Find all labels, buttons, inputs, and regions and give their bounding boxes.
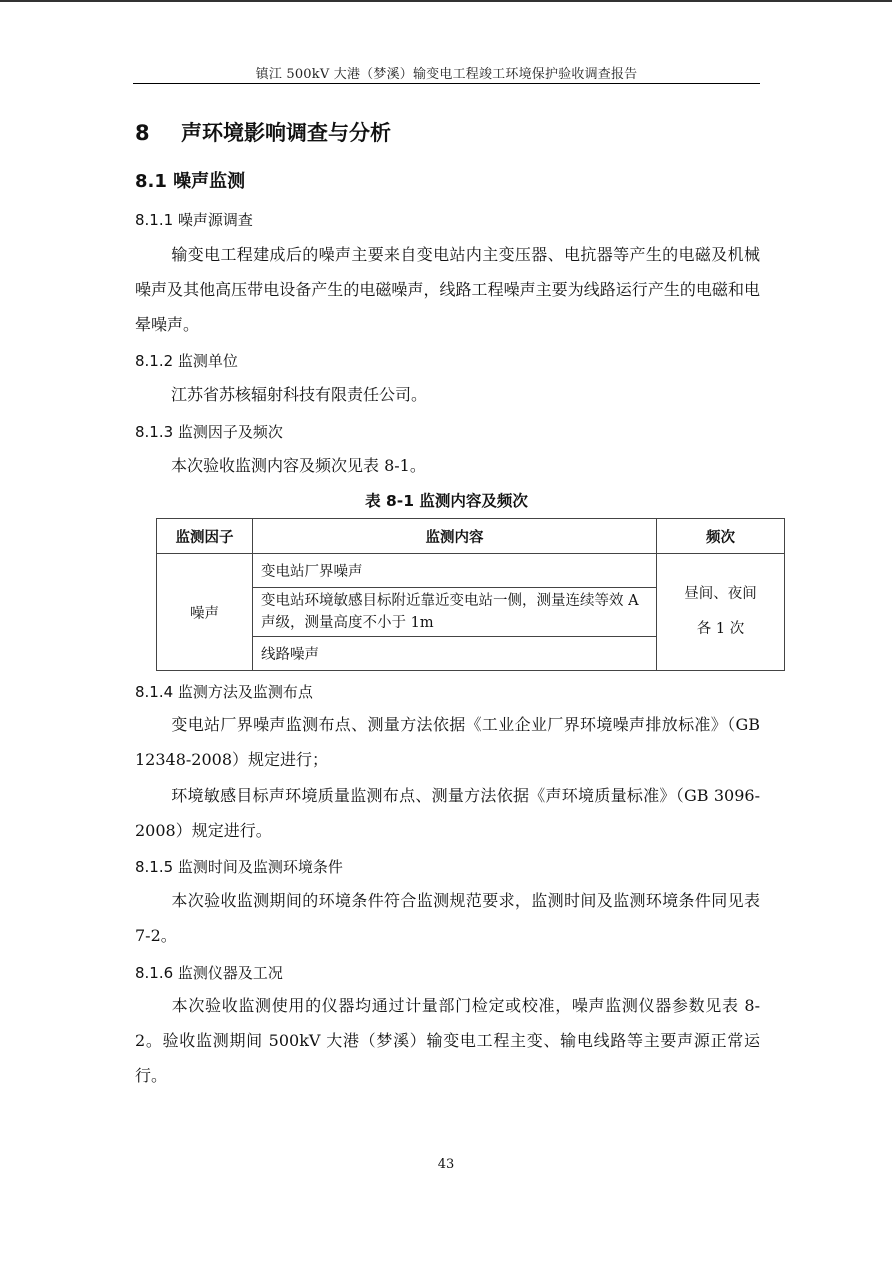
paragraph: 本次验收监测期间的环境条件符合监测规范要求，监测时间及监测环境条件同见表 7-2… — [135, 883, 760, 953]
chapter-title: 声环境影响调查与分析 — [181, 121, 391, 145]
subsection-heading-8-1-2: 8.1.2 监测单位 — [135, 350, 238, 371]
subsection-heading-8-1-6: 8.1.6 监测仪器及工况 — [135, 962, 283, 983]
header-rule — [133, 83, 760, 84]
subsection-heading-8-1-3: 8.1.3 监测因子及频次 — [135, 421, 283, 442]
subsection-heading-8-1-5: 8.1.5 监测时间及监测环境条件 — [135, 856, 343, 877]
paragraph: 江苏省苏核辐射科技有限责任公司。 — [135, 377, 760, 412]
paragraph: 输变电工程建成后的噪声主要来自变电站内主变压器、电抗器等产生的电磁及机械噪声及其… — [135, 237, 760, 342]
paragraph: 本次验收监测使用的仪器均通过计量部门检定或校准，噪声监测仪器参数见表 8-2。验… — [135, 988, 760, 1093]
content-cell: 变电站环境敏感目标附近靠近变电站一侧，测量连续等效 A 声级，测量高度不小于 1… — [253, 588, 657, 637]
table-row: 噪声 变电站厂界噪声 昼间、夜间 各 1 次 — [157, 554, 785, 588]
content-cell: 变电站厂界噪声 — [253, 554, 657, 588]
page-number: 43 — [0, 1157, 892, 1172]
section-heading: 8.1 噪声监测 — [135, 167, 245, 193]
table-header-row: 监测因子 监测内容 频次 — [157, 519, 785, 554]
chapter-number: 8 — [135, 121, 181, 145]
subsection-heading-8-1-1: 8.1.1 噪声源调查 — [135, 209, 253, 230]
content-cell: 线路噪声 — [253, 637, 657, 671]
paragraph: 变电站厂界噪声监测布点、测量方法依据《工业企业厂界环境噪声排放标准》（GB 12… — [135, 707, 760, 777]
running-header: 镇江 500kV 大港（梦溪）输变电工程竣工环境保护验收调查报告 — [133, 63, 760, 82]
header-cell: 监测因子 — [157, 519, 253, 554]
paragraph: 本次验收监测内容及频次见表 8-1。 — [135, 448, 760, 483]
header-cell: 监测内容 — [253, 519, 657, 554]
factor-cell: 噪声 — [157, 554, 253, 671]
subsection-heading-8-1-4: 8.1.4 监测方法及监测布点 — [135, 681, 313, 702]
header-cell: 频次 — [657, 519, 785, 554]
monitoring-table: 监测因子 监测内容 频次 噪声 变电站厂界噪声 昼间、夜间 各 1 次 变电站环… — [156, 518, 785, 671]
frequency-cell: 昼间、夜间 各 1 次 — [657, 554, 785, 671]
paragraph: 环境敏感目标声环境质量监测布点、测量方法依据《声环境质量标准》（GB 3096-… — [135, 778, 760, 848]
chapter-heading: 8声环境影响调查与分析 — [135, 117, 391, 147]
table-caption: 表 8-1 监测内容及频次 — [133, 489, 760, 511]
page-top-border — [0, 0, 892, 2]
